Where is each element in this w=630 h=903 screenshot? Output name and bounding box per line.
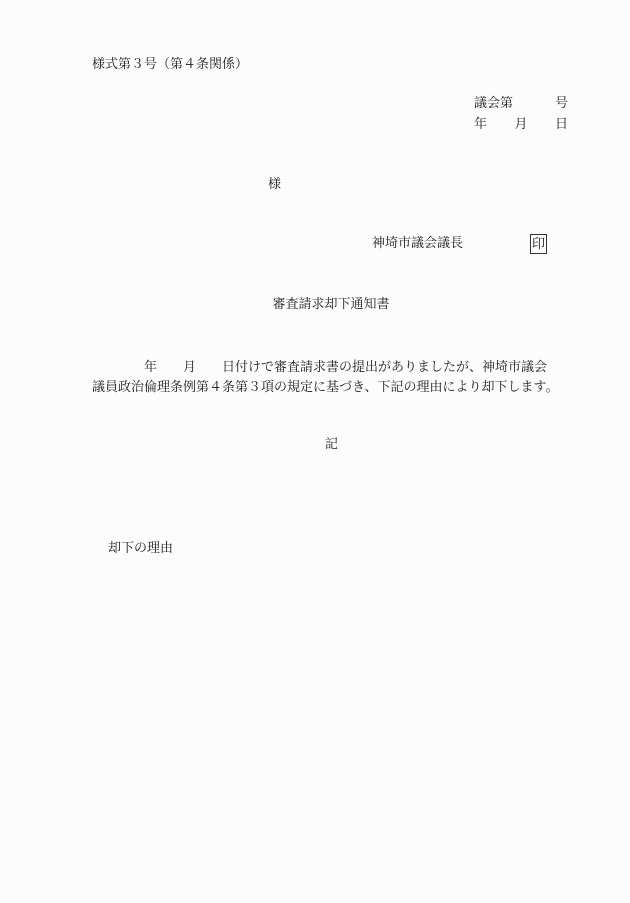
body-paragraph: 年 月 日付けで審査請求書の提出がありましたが、神埼市議会 議員政治倫理条例第４… xyxy=(92,358,568,398)
document-number-prefix: 議会第 xyxy=(474,97,513,110)
form-label: 様式第３号（第４条関係） xyxy=(92,58,248,71)
document-title: 審査請求却下通知書 xyxy=(0,298,630,311)
document-number-line: 議会第 号 xyxy=(474,97,568,110)
date-month: 月 xyxy=(514,118,527,131)
seal-stamp-icon: 印 xyxy=(530,234,547,254)
ki-heading: 記 xyxy=(325,438,338,451)
document-number-suffix: 号 xyxy=(555,97,568,110)
reason-heading: 却下の理由 xyxy=(108,542,173,555)
body-line-1: 年 月 日付けで審査請求書の提出がありましたが、神埼市議会 xyxy=(92,358,568,378)
body-line-2: 議員政治倫理条例第４条第３項の規定に基づき、下記の理由により却下します。 xyxy=(92,378,568,398)
document-page: 様式第３号（第４条関係） 議会第 号 年 月 日 様 神埼市議会議長 印 審査請… xyxy=(0,0,630,903)
seal-label: 印 xyxy=(532,238,545,251)
date-day: 日 xyxy=(555,118,568,131)
recipient-honorific: 様 xyxy=(268,178,281,191)
date-year: 年 xyxy=(474,118,487,131)
sender-name: 神埼市議会議長 xyxy=(372,237,463,250)
date-line: 年 月 日 xyxy=(474,118,568,131)
